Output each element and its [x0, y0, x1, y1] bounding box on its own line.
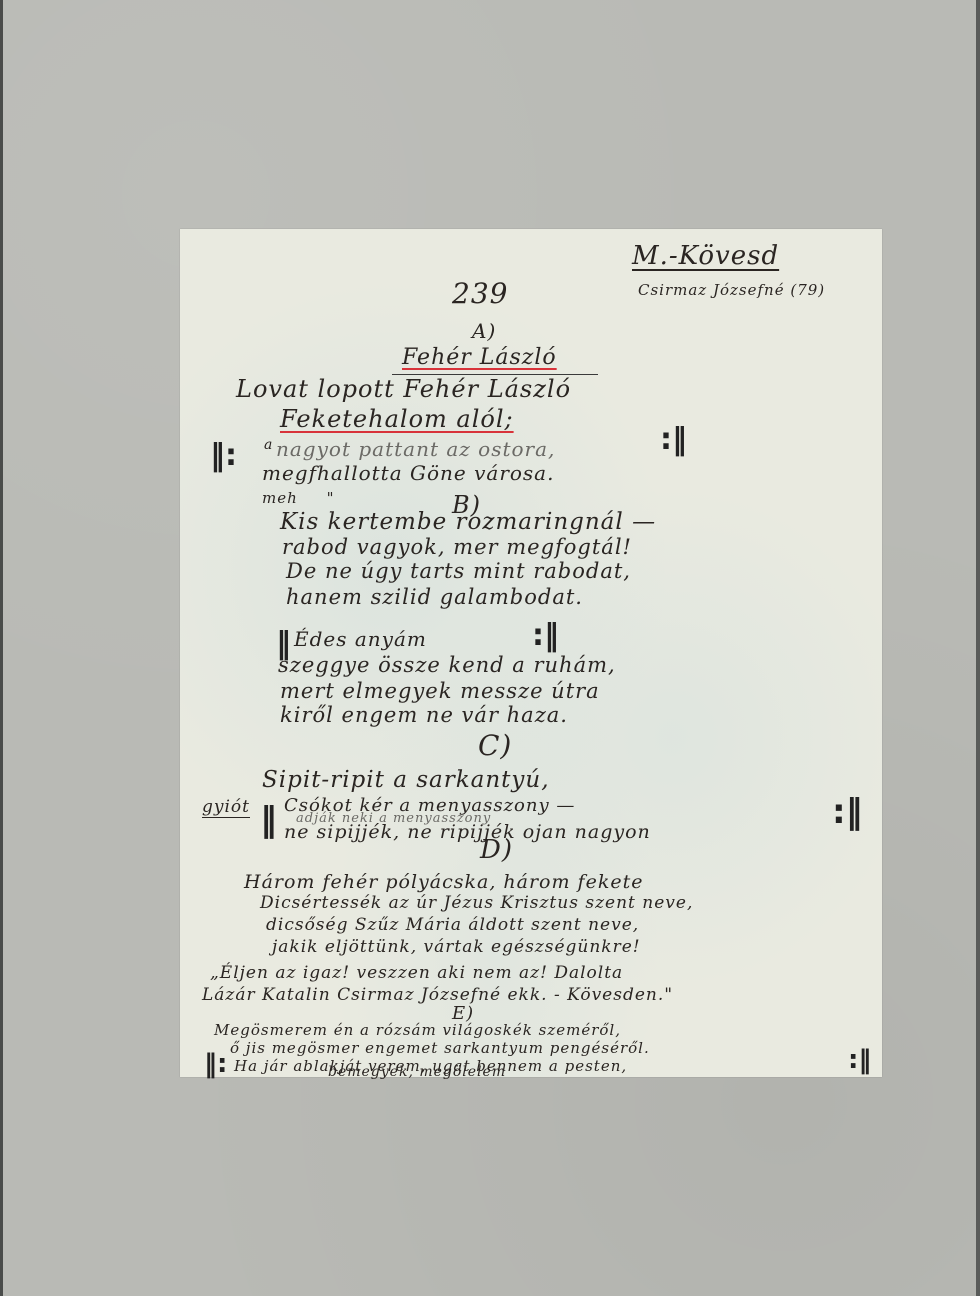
- manuscript-page: M.-Kövesd Csirmaz Józsefné (79) 239 A) F…: [180, 229, 882, 1077]
- repeat-start-mark-e: ‖:: [204, 1051, 227, 1077]
- repeat-end-mark-c: :‖: [832, 795, 863, 829]
- d-line-6: Lázár Katalin Csirmaz Józsefné ekk. - Kö…: [202, 985, 673, 1005]
- d-line-1: Három fehér pólyácska, három fekete: [244, 871, 643, 893]
- section-a-title: Fehér László: [402, 345, 557, 370]
- d-line-5: „Éljen az igaz! veszzen aki nem az! Dalo…: [210, 963, 623, 983]
- c-margin-note: gyiót: [202, 797, 250, 817]
- a-line-3: a: [264, 437, 273, 453]
- d-line-4: jakik eljöttünk, vártak egészségünkre!: [272, 937, 641, 957]
- section-d-label: D): [480, 835, 513, 865]
- b-line-4: hanem szilid galambodat.: [286, 585, 583, 609]
- repeat-end-mark-b2: :‖: [532, 621, 559, 651]
- b-line-3: De ne úgy tarts mint rabodat,: [286, 559, 631, 583]
- d-line-3: dicsőség Szűz Mária áldott szent neve,: [266, 915, 639, 935]
- c-line-4: ne sipijjék, ne ripijjék ojan nagyon: [284, 821, 651, 843]
- b-line-2: rabod vagyok, mer megfogtál!: [282, 535, 632, 559]
- a-line-6: meh ": [262, 489, 335, 507]
- repeat-start-mark: ‖:: [210, 441, 237, 471]
- informant-name: Csirmaz Józsefné (79): [638, 281, 825, 299]
- repeat-end-mark: :‖: [660, 425, 687, 455]
- b2-line-2: szeggye össze kend a ruhám,: [278, 653, 616, 677]
- d-line-2: Dicsértessék az úr Jézus Krisztus szent …: [260, 893, 693, 913]
- a-line-1: Lovat lopott Fehér László: [236, 375, 571, 403]
- a-line-5: megfhallotta Göne városa.: [262, 461, 554, 485]
- place-name: M.-Kövesd: [632, 241, 779, 271]
- b2-line-3: mert elmegyek messze útra: [280, 679, 600, 703]
- mount-edge-right: [976, 0, 980, 1296]
- c-line-1: Sipit-ripit a sarkantyú,: [262, 767, 550, 793]
- section-a-label: A): [472, 319, 496, 343]
- repeat-end-mark-e: :‖: [848, 1047, 871, 1073]
- b-line-1: Kis kertembe rozmaringnál —: [280, 509, 656, 535]
- repeat-start-mark-c: ‖: [260, 803, 277, 837]
- a-line-2: Feketehalom alól;: [280, 405, 514, 433]
- e-line-2: ő jis megösmer engemet sarkantyum pengés…: [230, 1039, 650, 1057]
- song-number: 239: [452, 277, 508, 310]
- a-line-4: nagyot pattant az ostora,: [276, 437, 555, 461]
- b2-line-4: kiről engem ne vár haza.: [280, 703, 568, 727]
- e-line-4: bemegyek, megölelem: [328, 1064, 506, 1080]
- section-c-label: C): [478, 729, 512, 762]
- e-line-1: Megösmerem én a rózsám világoskék szemér…: [214, 1021, 621, 1039]
- b2-line-1: Édes anyám: [294, 627, 427, 651]
- mount-edge-left: [0, 0, 3, 1296]
